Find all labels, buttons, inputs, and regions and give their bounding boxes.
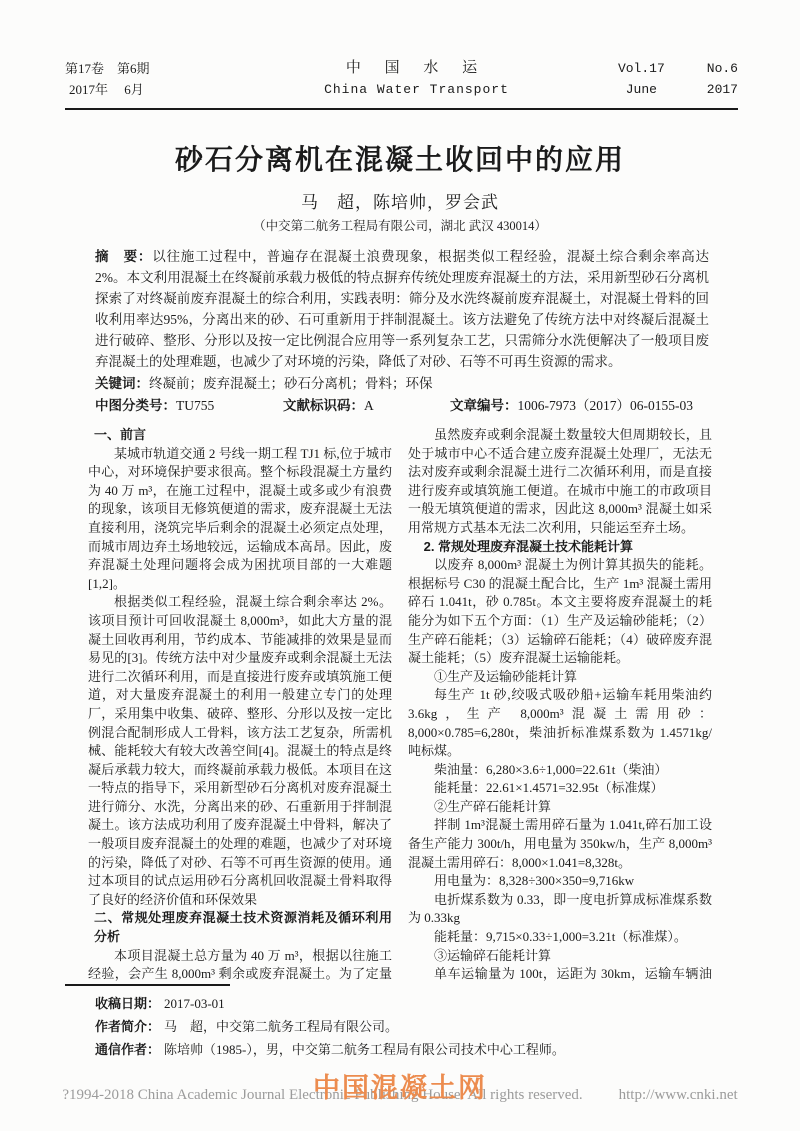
article-authors: 马 超，陈培帅，罗会武 <box>0 188 800 213</box>
classification-row: 中图分类号：TU755 文献标识码：A 文章编号：1006-7973（2017）… <box>95 395 709 416</box>
year-en: 2017 <box>707 79 738 100</box>
cnki-url: http://www.cnki.net <box>619 1087 738 1104</box>
paragraph: 单车运输量为 100t，运距为 30km，运输车辆油耗为 282kg/100km… <box>408 965 712 983</box>
paragraph: 虽然废弃或剩余混凝土数量较大但周期较长，且处于城市中心不适合建立废弃混凝土处理厂… <box>408 426 712 538</box>
corresponding-author-label: 通信作者： <box>95 1042 160 1057</box>
article-id-field: 文章编号：1006-7973（2017）06-0155-03 <box>450 395 693 416</box>
issue-en: No.6 <box>707 58 738 79</box>
paragraph: 每生产 1t 砂,绞吸式吸砂船+运输车耗用柴油约 3.6kg，生产 8,000m… <box>408 686 712 760</box>
header-issue-info: 第17卷 第6期 2017年 6月 <box>65 58 215 100</box>
paragraph: 某城市轨道交通 2 号线一期工程 TJ1 标,位于城市中心，对环境保护要求很高。… <box>88 445 392 594</box>
paragraph: 拌制 1m³混凝土需用碎石量为 1.041t,碎石加工设备生产能力 300t/h… <box>408 816 712 872</box>
formula-line: 能耗量：9,715×0.33÷1,000=3.21t（标准煤）。 <box>408 928 712 947</box>
article-affiliation: （中交第二航务工程局有限公司，湖北 武汉 430014） <box>0 216 800 234</box>
abstract-paragraph: 摘 要：以往施工过程中，普遍存在混凝土浪费现象，根据类似工程经验，混凝土综合剩余… <box>95 246 709 372</box>
author-bio-row: 作者简介：马 超，中交第二航务工程局有限公司。 <box>95 1015 715 1038</box>
journal-page: 第17卷 第6期 2017年 6月 中 国 水 运 China Water Tr… <box>0 0 800 1131</box>
month-en: June <box>618 79 665 100</box>
keywords-row: 关键词：终凝前；废弃混凝土；砂石分离机；骨料；环保 <box>95 373 709 394</box>
subsection-heading: 2. 常规处理废弃混凝土技术能耗计算 <box>408 538 712 557</box>
list-heading: ②生产碎石能耗计算 <box>408 798 712 817</box>
left-column: 一、前言 某城市轨道交通 2 号线一期工程 TJ1 标,位于城市中心，对环境保护… <box>88 426 392 983</box>
received-date-value: 2017-03-01 <box>164 996 225 1011</box>
footnote-block: 收稿日期：2017-03-01 作者简介：马 超，中交第二航务工程局有限公司。 … <box>95 992 715 1061</box>
volume-en: Vol.17 <box>618 58 665 79</box>
section-heading: 一、前言 <box>88 426 392 445</box>
received-date-label: 收稿日期： <box>95 996 160 1011</box>
journal-name-cn: 中 国 水 运 <box>324 58 509 79</box>
footnote-separator <box>65 984 230 986</box>
journal-name: 中 国 水 运 China Water Transport <box>324 58 509 100</box>
article-id-value: 1006-7973（2017）06-0155-03 <box>518 398 694 413</box>
author-bio-value: 马 超，中交第二航务工程局有限公司。 <box>164 1019 398 1034</box>
corresponding-author-row: 通信作者：陈培帅（1985-），男，中交第二航务工程局有限公司技术中心工程师。 <box>95 1038 715 1061</box>
abstract-block: 摘 要：以往施工过程中，普遍存在混凝土浪费现象，根据类似工程经验，混凝土综合剩余… <box>95 246 709 416</box>
formula-line: 柴油量：6,280×3.6÷1,000=22.61t（柴油） <box>408 761 712 780</box>
keywords-text: 终凝前；废弃混凝土；砂石分离机；骨料；环保 <box>149 376 433 391</box>
doc-code-value: A <box>364 398 374 413</box>
body-columns: 一、前言 某城市轨道交通 2 号线一期工程 TJ1 标,位于城市中心，对环境保护… <box>88 426 712 983</box>
paragraph: 本项目混凝土总方量为 40 万 m³，根据以往施工经验，会产生 8,000m³ … <box>88 947 392 983</box>
list-heading: ③运输碎石能耗计算 <box>408 947 712 966</box>
watermark-text: 中国混凝土网 <box>313 1066 487 1105</box>
volume-issue-cn: 第17卷 第6期 <box>65 58 215 79</box>
clc-value: TU755 <box>176 398 214 413</box>
section-heading: 二、常规处理废弃混凝土技术资源消耗及循环利用分析 <box>88 909 392 946</box>
author-bio-label: 作者简介： <box>95 1019 160 1034</box>
journal-header: 第17卷 第6期 2017年 6月 中 国 水 运 China Water Tr… <box>65 58 738 110</box>
date-cn: 2017年 6月 <box>65 79 215 100</box>
paragraph: 根据类似工程经验，混凝土综合剩余率达 2%。该项目预计可回收混凝土 8,000m… <box>88 593 392 909</box>
paragraph: 电折煤系数为 0.33，即一度电折算成标准煤系数为 0.33kg <box>408 891 712 928</box>
clc-field: 中图分类号：TU755 <box>95 395 283 416</box>
doc-code-label: 文献标识码： <box>283 398 364 413</box>
list-heading: ①生产及运输砂能耗计算 <box>408 668 712 687</box>
journal-name-en: China Water Transport <box>324 79 509 100</box>
formula-line: 能耗量：22.61×1.4571=32.95t（标准煤） <box>408 779 712 798</box>
clc-label: 中图分类号： <box>95 398 176 413</box>
received-date-row: 收稿日期：2017-03-01 <box>95 992 715 1015</box>
paragraph: 以废弃 8,000m³ 混凝土为例计算其损失的能耗。根据标号 C30 的混凝土配… <box>408 556 712 668</box>
header-issue-info-en: Vol.17 No.6 June 2017 <box>618 58 738 100</box>
corresponding-author-value: 陈培帅（1985-），男，中交第二航务工程局有限公司技术中心工程师。 <box>164 1042 565 1057</box>
right-column: 虽然废弃或剩余混凝土数量较大但周期较长，且处于城市中心不适合建立废弃混凝土处理厂… <box>408 426 712 983</box>
abstract-text: 以往施工过程中，普遍存在混凝土浪费现象，根据类似工程经验，混凝土综合剩余率高达 … <box>95 249 709 369</box>
doc-code-field: 文献标识码：A <box>283 395 450 416</box>
article-title: 砂石分离机在混凝土收回中的应用 <box>0 138 800 178</box>
article-id-label: 文章编号： <box>450 398 518 413</box>
formula-line: 用电量为：8,328÷300×350=9,716kw <box>408 872 712 891</box>
keywords-label: 关键词： <box>95 376 149 391</box>
abstract-label: 摘 要： <box>95 249 152 264</box>
